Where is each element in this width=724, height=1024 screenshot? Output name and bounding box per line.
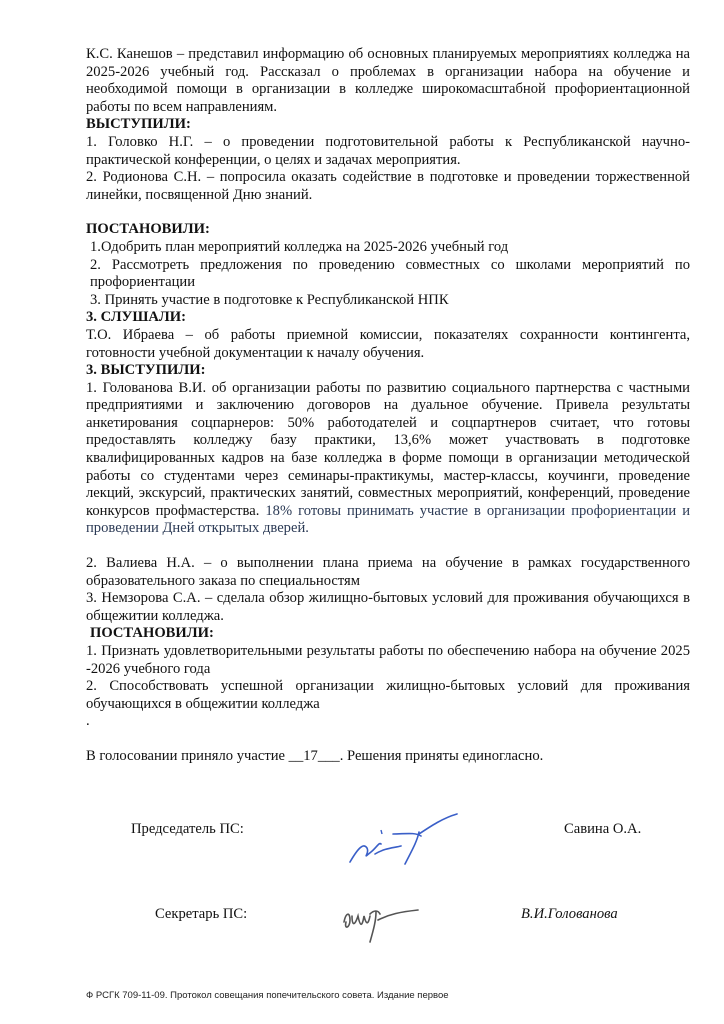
speaker-text: 1. Голованова В.И. об организации работы… xyxy=(86,380,690,519)
resolution-item: 1. Признать удовлетворительными результа… xyxy=(86,643,690,678)
chair-label: Председатель ПС: xyxy=(131,821,244,838)
speaker-item: 3. Немзорова С.А. – сделала обзор жилищн… xyxy=(86,590,690,625)
speakers-heading: ВЫСТУПИЛИ: xyxy=(86,116,690,134)
resolution-item: 1.Одобрить план мероприятий колледжа на … xyxy=(86,239,690,257)
resolved-heading: ПОСТАНОВИЛИ: xyxy=(86,221,690,239)
speakers-heading-3: 3. ВЫСТУПИЛИ: xyxy=(86,362,690,380)
heard-text: Т.О. Ибраева – об работы приемной комисс… xyxy=(86,327,690,362)
intro-paragraph: К.С. Канешов – представил информацию об … xyxy=(86,46,690,116)
chair-name: Савина О.А. xyxy=(564,821,641,838)
resolution-item: 3. Принять участие в подготовке к Респуб… xyxy=(86,292,690,310)
trailing-dot: . xyxy=(86,713,690,731)
chair-signature-icon xyxy=(345,812,465,868)
secretary-label: Секретарь ПС: xyxy=(155,906,247,923)
document-body: К.С. Канешов – представил информацию об … xyxy=(86,46,690,766)
secretary-signature-icon xyxy=(340,902,440,946)
document-footer: Ф РСГК 709-11-09. Протокол совещания поп… xyxy=(86,990,449,1001)
speaker-item: 2. Родионова С.Н. – попросила оказать со… xyxy=(86,169,690,204)
heard-heading: 3. СЛУШАЛИ: xyxy=(86,309,690,327)
resolution-item: 2. Рассмотреть предложения по проведению… xyxy=(86,257,690,292)
speaker-item: 1. Головко Н.Г. – о проведении подготови… xyxy=(86,134,690,169)
resolved-heading-3: ПОСТАНОВИЛИ: xyxy=(86,625,690,643)
voting-result: В голосовании приняло участие __17___. Р… xyxy=(86,748,690,766)
secretary-name: В.И.Голованова xyxy=(521,906,618,923)
speaker-item-golovanova: 1. Голованова В.И. об организации работы… xyxy=(86,380,690,538)
resolution-item: 2. Способствовать успешной организации ж… xyxy=(86,678,690,713)
speaker-item: 2. Валиева Н.А. – о выполнении плана при… xyxy=(86,555,690,590)
